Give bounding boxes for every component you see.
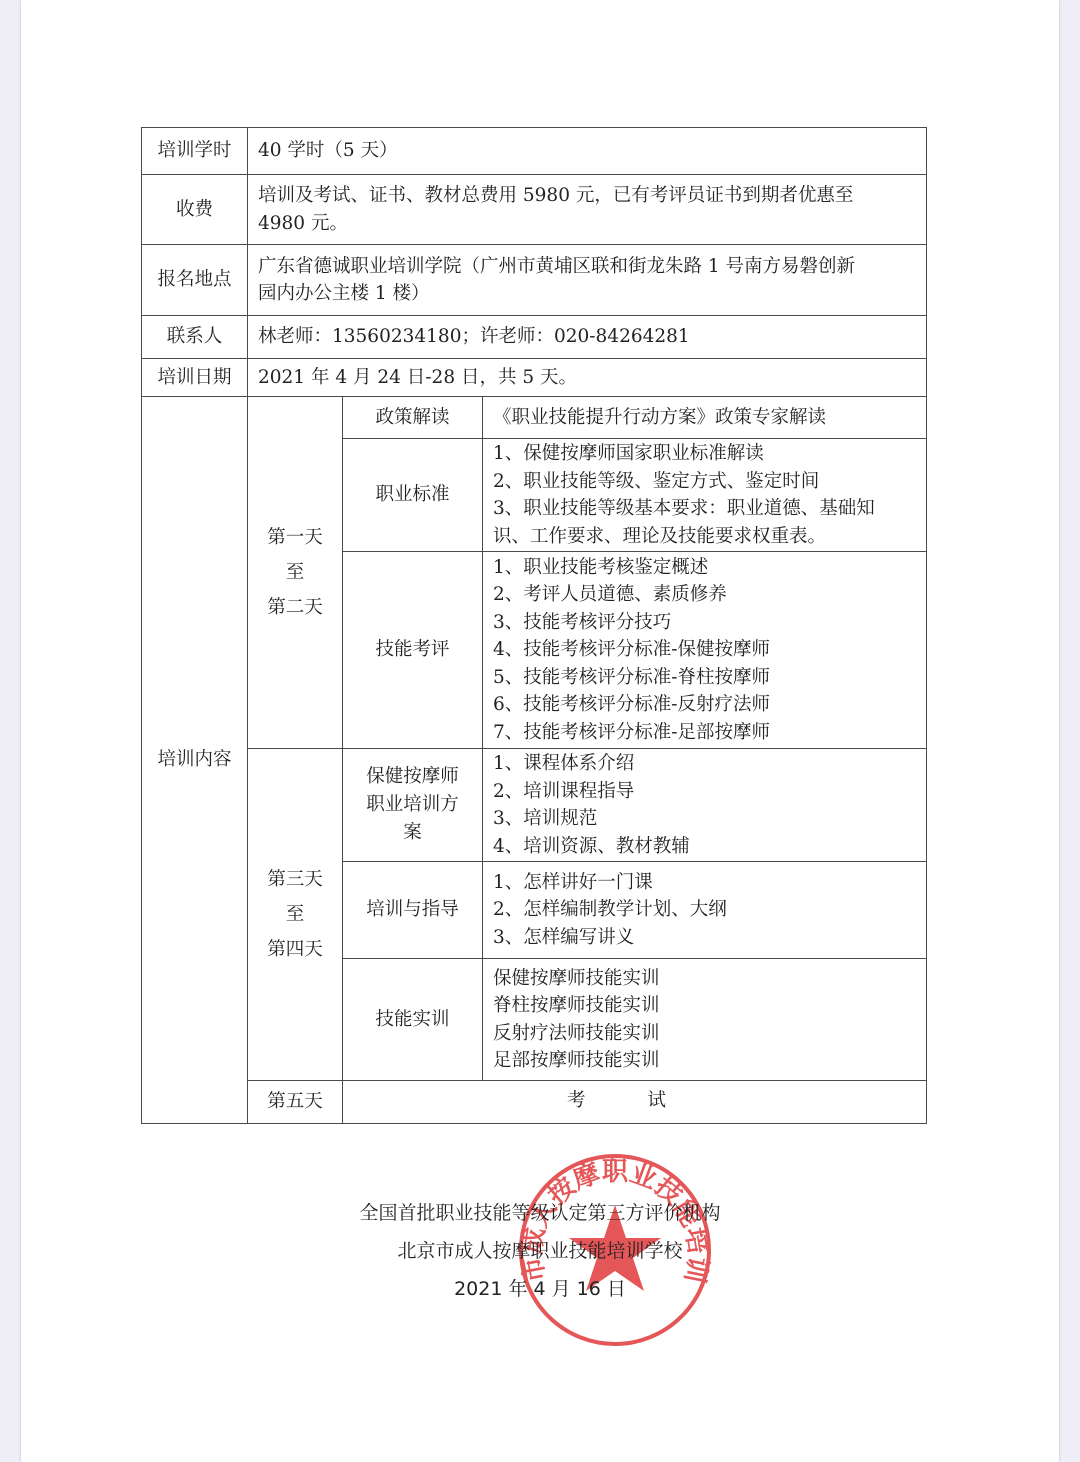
module-teaching-guidance-items: 1、怎样讲好一门课 2、怎样编制教学计划、大纲 3、怎样编写讲义: [482, 861, 927, 959]
period-day1-2: 第一天 至 第二天: [247, 396, 343, 749]
exam-char: 考: [567, 1087, 586, 1115]
value-fee: 培训及考试、证书、教材总费用 5980 元，已有考评员证书到期者优惠至4980 …: [247, 174, 927, 245]
value-text: 2021 年 4 月 24 日-28 日，共 5 天。: [258, 364, 577, 392]
module-item: 3、职业技能等级基本要求：职业道德、基础知: [493, 495, 875, 523]
value-contact: 林老师：13560234180；许老师：020-84264281: [247, 315, 927, 359]
day-line: 至: [286, 555, 305, 590]
footer-org-title: 全国首批职业技能等级认定第三方评价机构: [0, 1198, 1080, 1225]
label-hours: 培训学时: [141, 127, 248, 175]
module-name: 政策解读: [375, 404, 449, 432]
module-training-plan: 保健按摩师 职业培训方 案: [342, 748, 483, 862]
value-line: 4980 元。: [258, 210, 853, 238]
period-day5: 第五天: [247, 1080, 343, 1124]
module-policy: 政策解读: [342, 396, 483, 439]
module-item: 2、考评人员道德、素质修养: [493, 581, 770, 609]
module-name-line: 案: [403, 819, 422, 847]
module-item: 1、职业技能考核鉴定概述: [493, 554, 770, 582]
module-item: 保健按摩师技能实训: [493, 965, 660, 993]
module-assessment-items: 1、职业技能考核鉴定概述 2、考评人员道德、素质修养 3、技能考核评分技巧 4、…: [482, 551, 927, 749]
label-text: 培训学时: [157, 137, 231, 165]
module-item: 1、怎样讲好一门课: [493, 869, 727, 897]
module-name: 技能考评: [375, 636, 449, 664]
module-policy-items: 《职业技能提升行动方案》政策专家解读: [482, 396, 927, 439]
module-item: 5、技能考核评分标准-脊柱按摩师: [493, 664, 770, 692]
footer-org-name: 北京市成人按摩职业技能培训学校: [0, 1236, 1080, 1263]
day-line: 第一天: [267, 520, 323, 555]
module-item: 3、培训规范: [493, 805, 690, 833]
module-teaching-guidance: 培训与指导: [342, 861, 483, 959]
module-item: 脊柱按摩师技能实训: [493, 992, 660, 1020]
value-text: 40 学时（5 天）: [258, 137, 398, 165]
day-line: 第五天: [267, 1088, 323, 1116]
module-practical-training: 技能实训: [342, 958, 483, 1081]
module-name: 培训与指导: [366, 896, 459, 924]
module-item: 识、工作要求、理论及技能要求权重表。: [493, 523, 875, 551]
module-training-plan-items: 1、课程体系介绍 2、培训课程指导 3、培训规范 4、培训资源、教材教辅: [482, 748, 927, 862]
exam-char: 试: [648, 1087, 667, 1115]
label-text: 培训日期: [157, 364, 231, 392]
exam-cell: 考试: [342, 1080, 927, 1124]
module-item: 2、培训课程指导: [493, 778, 690, 806]
label-text: 收费: [176, 196, 213, 224]
module-item: 3、怎样编写讲义: [493, 924, 727, 952]
day-line: 至: [286, 897, 305, 932]
module-name-line: 保健按摩师: [366, 763, 459, 791]
value-location: 广东省德诚职业培训学院（广州市黄埔区联和街龙朱路 1 号南方易磐创新园内办公主楼…: [247, 244, 927, 316]
module-item: 2、职业技能等级、鉴定方式、鉴定时间: [493, 468, 875, 496]
module-item: 1、课程体系介绍: [493, 750, 690, 778]
value-hours: 40 学时（5 天）: [247, 127, 927, 175]
label-fee: 收费: [141, 174, 248, 245]
label-text: 联系人: [167, 323, 223, 351]
module-name: 职业标准: [375, 481, 449, 509]
day-line: 第三天: [267, 862, 323, 897]
module-standards: 职业标准: [342, 438, 483, 552]
day-line: 第四天: [267, 932, 323, 967]
module-name-line: 职业培训方: [366, 791, 459, 819]
day-line: 第二天: [267, 590, 323, 625]
label-contact: 联系人: [141, 315, 248, 359]
module-item: 4、技能考核评分标准-保健按摩师: [493, 636, 770, 664]
module-item: 6、技能考核评分标准-反射疗法师: [493, 691, 770, 719]
label-text: 报名地点: [157, 266, 231, 294]
module-item: 足部按摩师技能实训: [493, 1047, 660, 1075]
value-line: 培训及考试、证书、教材总费用 5980 元，已有考评员证书到期者优惠至: [258, 182, 853, 210]
value-line: 园内办公主楼 1 楼）: [258, 280, 855, 308]
value-line: 广东省德诚职业培训学院（广州市黄埔区联和街龙朱路 1 号南方易磐创新: [258, 253, 855, 281]
label-location: 报名地点: [141, 244, 248, 316]
value-dates: 2021 年 4 月 24 日-28 日，共 5 天。: [247, 358, 927, 397]
module-item: 《职业技能提升行动方案》政策专家解读: [493, 404, 826, 432]
module-item: 2、怎样编制教学计划、大纲: [493, 896, 727, 924]
label-dates: 培训日期: [141, 358, 248, 397]
module-item: 1、保健按摩师国家职业标准解读: [493, 440, 875, 468]
label-content: 培训内容: [141, 396, 248, 1124]
module-practical-training-items: 保健按摩师技能实训 脊柱按摩师技能实训 反射疗法师技能实训 足部按摩师技能实训: [482, 958, 927, 1081]
period-day3-4: 第三天 至 第四天: [247, 748, 343, 1081]
module-item: 反射疗法师技能实训: [493, 1020, 660, 1048]
module-item: 7、技能考核评分标准-足部按摩师: [493, 719, 770, 747]
module-item: 4、培训资源、教材教辅: [493, 833, 690, 861]
footer-date: 2021 年 4 月 16 日: [0, 1274, 1080, 1301]
module-standards-items: 1、保健按摩师国家职业标准解读 2、职业技能等级、鉴定方式、鉴定时间 3、职业技…: [482, 438, 927, 552]
module-assessment: 技能考评: [342, 551, 483, 749]
value-text: 林老师：13560234180；许老师：020-84264281: [258, 323, 690, 351]
module-item: 3、技能考核评分技巧: [493, 609, 770, 637]
module-name: 技能实训: [375, 1006, 449, 1034]
label-text: 培训内容: [157, 746, 231, 774]
